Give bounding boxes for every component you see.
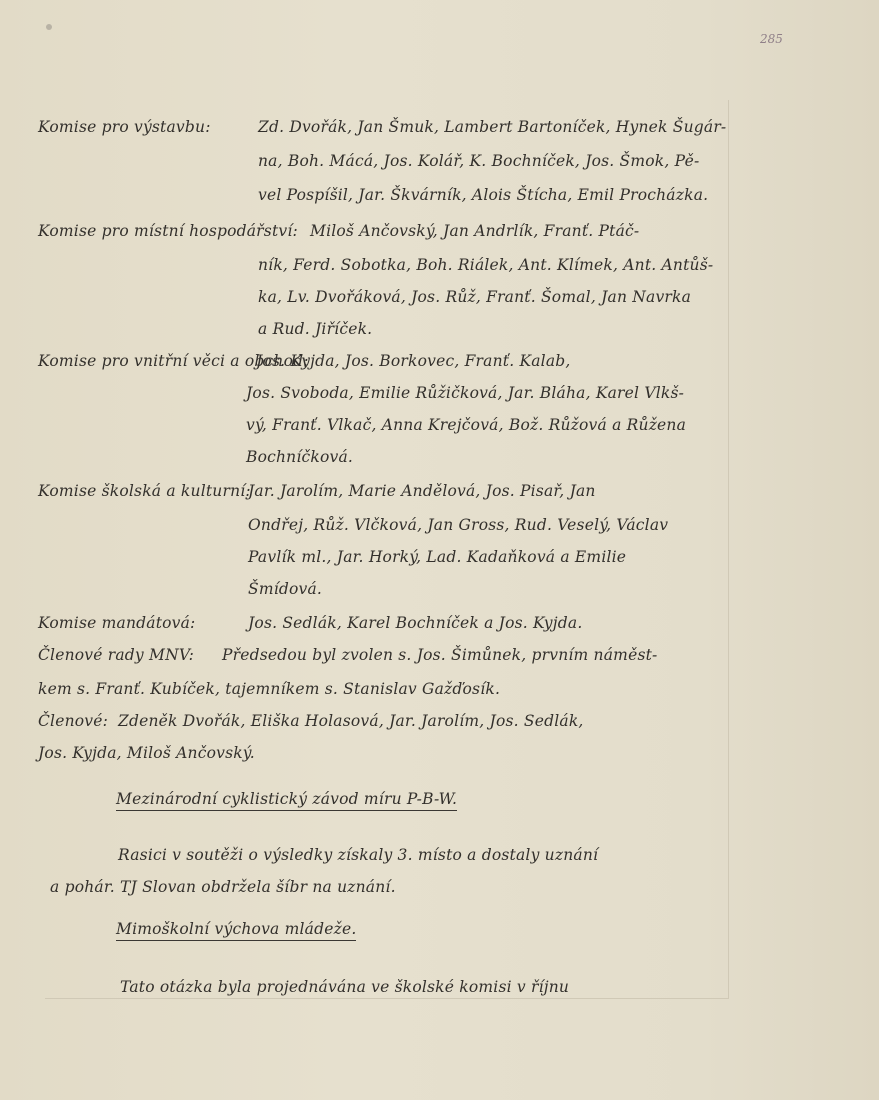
- council-members-label: Členové:: [38, 712, 108, 730]
- commission-members-line: ník, Ferd. Sobotka, Boh. Riálek, Ant. Kl…: [258, 256, 713, 274]
- section-heading-peace-race: Mezinárodní cyklistický závod míru P-B-W…: [116, 790, 457, 811]
- commission-label-school-culture: Komise školská a kulturní:: [38, 482, 251, 500]
- section-paragraph-line: Tato otázka byla projednávána ve školské…: [120, 978, 569, 996]
- commission-label-construction: Komise pro výstavbu:: [38, 118, 211, 136]
- commission-members-line: Zd. Dvořák, Jan Šmuk, Lambert Bartoníček…: [258, 118, 726, 136]
- section-heading-youth-education: Mimoškolní výchova mládeže.: [116, 920, 356, 941]
- council-members-line: Jos. Kyjda, Miloš Ančovský.: [38, 744, 255, 762]
- paper-stain: [46, 24, 52, 30]
- commission-members-line: Jar. Jarolím, Marie Andělová, Jos. Pisař…: [248, 482, 596, 500]
- commission-members-line: na, Boh. Mácá, Jos. Kolář, K. Bochníček,…: [258, 152, 699, 170]
- commission-members-line: Miloš Ančovský, Jan Andrlík, Franť. Ptáč…: [310, 222, 639, 240]
- commission-members-line: vý, Franť. Vlkač, Anna Krejčová, Bož. Rů…: [246, 416, 686, 434]
- council-members-line: Zdeněk Dvořák, Eliška Holasová, Jar. Jar…: [118, 712, 584, 730]
- council-line: kem s. Franť. Kubíček, tajemníkem s. Sta…: [38, 680, 500, 698]
- commission-members-line: Jos. Sedlák, Karel Bochníček a Jos. Kyjd…: [248, 614, 582, 632]
- commission-members-line: Bochníčková.: [246, 448, 353, 466]
- commission-members-line: Jos. Kyjda, Jos. Borkovec, Franť. Kalab,: [256, 352, 571, 370]
- council-label: Členové rady MNV:: [38, 646, 194, 664]
- council-line: Předsedou byl zvolen s. Jos. Šimůnek, pr…: [222, 646, 657, 664]
- commission-members-line: vel Pospíšil, Jar. Škvárník, Alois Štích…: [258, 186, 708, 204]
- commission-members-line: ka, Lv. Dvořáková, Jos. Růž, Franť. Šoma…: [258, 288, 691, 306]
- commission-members-line: Pavlík ml., Jar. Horký, Lad. Kadaňková a…: [248, 548, 626, 566]
- commission-members-line: Šmídová.: [248, 580, 322, 598]
- section-paragraph-line: Rasici v soutěži o výsledky získaly 3. m…: [118, 846, 598, 864]
- commission-label-mandate: Komise mandátová:: [38, 614, 195, 632]
- commission-members-line: Jos. Svoboda, Emilie Růžičková, Jar. Blá…: [246, 384, 684, 402]
- commission-members-line: a Rud. Jiříček.: [258, 320, 372, 338]
- section-paragraph-line: a pohár. TJ Slovan obdržela šíbr na uzná…: [50, 878, 396, 896]
- manuscript-page: 285 Komise pro výstavbu: Zd. Dvořák, Jan…: [0, 0, 879, 1100]
- page-number: 285: [760, 32, 783, 46]
- commission-members-line: Ondřej, Růž. Vlčková, Jan Gross, Rud. Ve…: [248, 516, 668, 534]
- commission-label-local-economy: Komise pro místní hospodářství:: [38, 222, 298, 240]
